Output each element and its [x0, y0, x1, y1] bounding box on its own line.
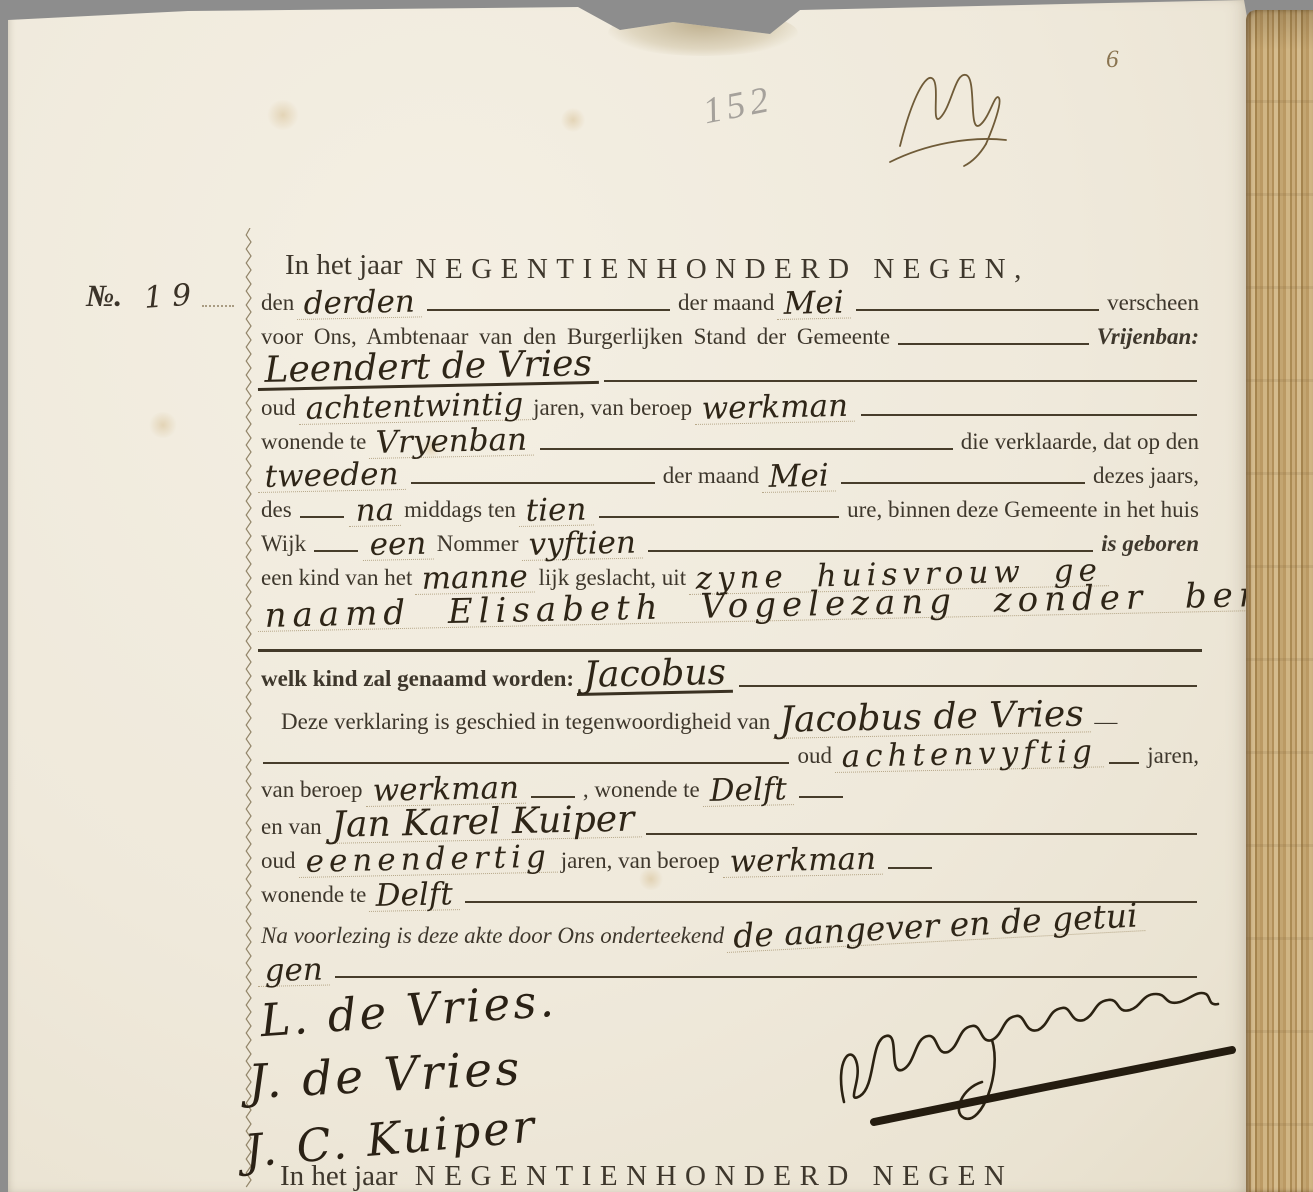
dotted-line	[202, 305, 234, 307]
ruled-line	[599, 516, 839, 518]
handwritten-birth-day: tweeden	[257, 459, 405, 493]
ruled-line	[888, 867, 932, 869]
ruled-line	[411, 482, 655, 484]
signature-witness1: J. de Vries	[247, 1041, 524, 1110]
printed-text: jaren,	[1144, 743, 1202, 773]
ruled-line	[861, 414, 1197, 416]
form-line-mother-name: naamd Elisabeth Vogelezang zonder beroep	[258, 595, 1202, 632]
act-number-margin: №. 19	[86, 278, 236, 314]
ruled-line	[841, 482, 1085, 484]
handwritten-ampm: na	[348, 495, 401, 527]
ruled-line	[898, 343, 1089, 345]
ruled-line	[646, 833, 1197, 835]
printed-text: en van	[258, 814, 325, 844]
foxing-spot	[266, 100, 300, 130]
printed-text: der maand	[660, 463, 762, 493]
foxing-spot	[148, 412, 178, 438]
printed-text: der maand	[675, 290, 777, 320]
printed-text: jaren, van beroep	[558, 848, 723, 878]
form-line-closing: Na voorlezing is deze akte door Ons onde…	[258, 916, 1202, 953]
registrar-signature-flourish	[830, 980, 1250, 1130]
handwritten-residence: Vryenban	[369, 425, 535, 459]
form-line-witness1-occupation: van beroep werkman , wonende te Delft	[258, 773, 1202, 807]
handwritten-closing2: gen	[257, 954, 330, 987]
printed-text: die verklaarde, dat op den	[958, 429, 1202, 459]
printed-is-geboren: is geboren	[1098, 531, 1202, 561]
printed-text: jaren, van beroep	[530, 395, 695, 425]
printed-text: dezes jaars,	[1090, 463, 1202, 493]
handwritten-declarant-name: Leendert de Vries	[257, 349, 599, 391]
form-line-witness2-name: en van Jan Karel Kuiper	[258, 807, 1202, 844]
handwritten-witness2-name: Jan Karel Kuiper	[324, 804, 641, 844]
handwritten-birth-month: Mei	[761, 460, 836, 493]
form-line-child-name: welk kind zal genaamd worden: Jacobus	[258, 662, 1202, 696]
printed-text: den	[258, 290, 297, 320]
printed-text: In het jaar	[282, 249, 406, 286]
margin-divider-zigzag	[244, 228, 254, 1192]
form-separator-rule	[258, 642, 1202, 658]
tear-stain	[608, 10, 798, 56]
ruled-line	[739, 685, 1197, 687]
ruled-line	[604, 380, 1197, 382]
act-number-label: №.	[86, 278, 122, 314]
ruled-line	[263, 762, 789, 764]
pencil-number-annotation: 152	[700, 78, 777, 134]
ruled-line	[856, 309, 1099, 311]
printed-text: oud	[258, 848, 299, 878]
form-line-declarant-age: oud achtentwintig jaren, van beroep werk…	[258, 391, 1202, 425]
handwritten-month: Mei	[777, 287, 852, 320]
register-page: 152 6 №. 19 In het jaar NEGENTIENHONDERD…	[8, 0, 1252, 1192]
ruled-line	[427, 309, 670, 311]
handwritten-witness2-occupation: werkman	[722, 844, 883, 878]
handwritten-child-name: Jacobus	[576, 658, 733, 696]
printed-text: oud	[258, 395, 299, 425]
handwritten-day: derden	[297, 286, 423, 320]
printed-text: Deze verklaring is geschied in tegenwoor…	[278, 709, 773, 739]
handwritten-witness1-residence: Delft	[702, 774, 794, 807]
ruled-line	[258, 649, 1202, 652]
printed-child-name-label: welk kind zal genaamd worden:	[258, 666, 577, 696]
printed-year: NEGENTIENHONDERD NEGEN	[416, 253, 1015, 286]
ruled-line	[799, 796, 843, 798]
form-line-declarant-residence: wonende te Vryenban die verklaarde, dat …	[258, 425, 1202, 459]
printed-text: Nommer	[434, 531, 522, 561]
next-act-heading: In het jaar NEGENTIENHONDERD NEGEN	[280, 1160, 1013, 1192]
handwritten-hour: tien	[518, 494, 593, 527]
handwritten-house-number: vyftien	[521, 527, 643, 561]
book-page-edge-lines	[1246, 10, 1313, 1192]
printed-municipality: Vrijenban:	[1094, 324, 1202, 354]
form-line-birth-date: tweeden der maand Mei dezes jaars,	[258, 459, 1202, 493]
ruled-line	[1109, 762, 1139, 764]
page-number-annotation: 6	[1106, 46, 1119, 74]
handwritten-occupation: werkman	[695, 391, 856, 425]
foxing-spot	[560, 108, 586, 132]
scanned-register-photo: 152 6 №. 19 In het jaar NEGENTIENHONDERD…	[0, 0, 1313, 1192]
printed-year: NEGENTIENHONDERD NEGEN	[415, 1160, 1014, 1192]
act-heading: In het jaar NEGENTIENHONDERD NEGEN ,	[258, 234, 1202, 286]
birth-act-form: In het jaar NEGENTIENHONDERD NEGEN , den…	[258, 234, 1202, 987]
printed-text: des	[258, 497, 295, 527]
form-line-declaration-date: den derden der maand Mei verscheen	[258, 286, 1202, 320]
printed-closing-text: Na voorlezing is deze akte door Ons onde…	[258, 923, 727, 953]
ink-monogram-paraph-icon	[886, 48, 1022, 170]
handwritten-witness2-residence: Delft	[369, 879, 461, 912]
form-line-birth-time: des na middags ten tien ure, binnen deze…	[258, 493, 1202, 527]
form-line-witness2-age: oud eenendertig jaren, van beroep werkma…	[258, 844, 1202, 878]
printed-text: ,	[1014, 253, 1021, 286]
ruled-line	[300, 516, 344, 518]
handwritten-witness1-name: Jacobus de Vries	[773, 699, 1092, 739]
ruled-line	[531, 796, 575, 798]
printed-text: middags ten	[401, 497, 519, 527]
ruled-line	[540, 448, 953, 450]
printed-text: een kind van het	[258, 565, 415, 595]
handwritten-witness2-age: eenendertig	[298, 842, 558, 878]
printed-text: wonende te	[258, 882, 369, 912]
ruled-line	[648, 550, 1094, 552]
printed-text: ure, binnen deze Gemeente in het huis	[844, 497, 1202, 527]
ruled-line	[335, 976, 1197, 978]
act-number-value: 19	[143, 277, 201, 316]
handwritten-age: achtentwintig	[298, 389, 530, 425]
printed-text: wonende te	[258, 429, 369, 459]
form-line-declarant-name: Leendert de Vries	[258, 354, 1202, 391]
printed-text: verscheen	[1104, 290, 1202, 320]
handwritten-witness1-age: achtenvyftig	[834, 736, 1104, 773]
printed-text: Wijk	[258, 531, 309, 561]
form-line-witness1-age: oud achtenvyftig jaren,	[258, 739, 1202, 773]
ruled-line	[314, 550, 358, 552]
handwritten-wijk: een	[362, 529, 433, 561]
printed-text: In het jaar	[280, 1160, 398, 1192]
printed-text: oud	[794, 743, 835, 773]
printed-text: van beroep	[258, 777, 366, 807]
